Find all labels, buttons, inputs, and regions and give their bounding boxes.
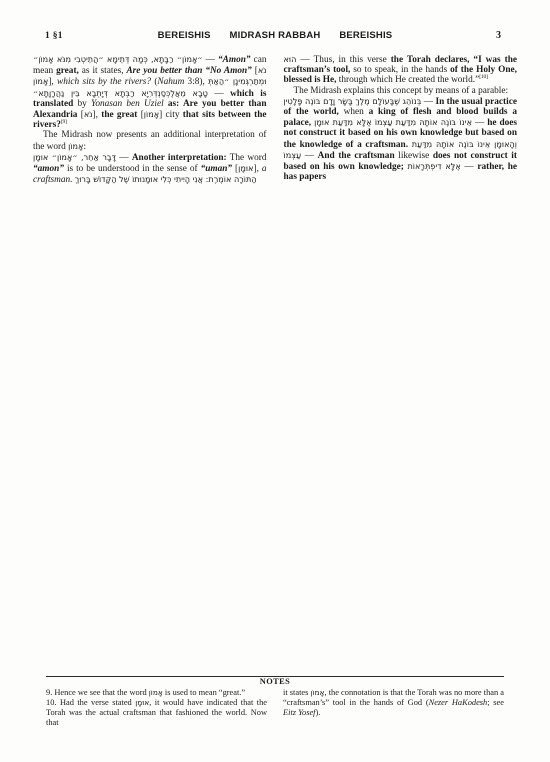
text-segment: 3:8), (184, 77, 208, 87)
paragraph: דָּבָר אַחֵר, ״אָמוֹן״ אוּמָן — Another … (33, 152, 267, 186)
text-segment: — (301, 151, 318, 161)
paragraph: ״אָמוֹן״ רַבָּתָא, כְּמָה דְּתֵימָא ״הֲת… (33, 54, 267, 130)
text-segment: Are you better than “No Amon” (126, 66, 251, 76)
running-title-part-1: BEREISHIS (158, 30, 211, 41)
page-number: 3 (496, 30, 501, 41)
text-segment: Nahum (157, 77, 184, 87)
text-segment: 9. Hence we see that the word (46, 688, 149, 697)
text-segment: Eitz Yosef (283, 708, 316, 717)
text-segment: The word (227, 153, 267, 163)
running-title-part-2: MIDRASH RABBAH (230, 30, 321, 41)
text-segment: ). (316, 708, 321, 717)
hebrew-text: דָּבָר אַחֵר, ״אָמוֹן״ אוּמָן (33, 152, 116, 162)
notes-right-column: it states אָמוֹן, the connotation is tha… (283, 688, 504, 728)
text-segment: as it states, (79, 66, 127, 76)
text-segment: is used to mean “great.” (163, 688, 245, 697)
notes-heading: NOTES (33, 677, 517, 687)
text-segment: it states (283, 688, 311, 697)
text-segment: ] city (159, 110, 183, 120)
text-segment: “Amon” (218, 55, 251, 65)
text-segment: — (461, 162, 478, 172)
paragraph: The Midrash explains this concept by mea… (284, 86, 518, 96)
running-title: BEREISHIS MIDRASH RABBAH BEREISHIS (33, 30, 517, 41)
text-segment: — (116, 153, 132, 163)
text-segment: “uman” (201, 164, 233, 174)
hebrew-text: הוּא (284, 54, 297, 64)
right-column: הוּא — Thus, in this verse the Torah dec… (284, 54, 518, 185)
text-segment: ], (253, 164, 261, 174)
footnote-reference: [10] (479, 74, 488, 80)
notes-section: NOTES 9. Hence we see that the word אָמו… (33, 676, 517, 728)
hebrew-text: בְּנוֹהֵג שֶׁבָּעוֹלָם מֶלֶךְ בָּשָׂר וָ… (284, 96, 422, 106)
page-header: 1 §1 BEREISHIS MIDRASH RABBAH BEREISHIS … (33, 30, 517, 44)
text-segment: ; see (487, 698, 504, 707)
running-title-part-3: BEREISHIS (339, 30, 392, 41)
text-segment: through which He created the world.” (336, 75, 479, 85)
text-segment: likewise (395, 151, 433, 161)
text-segment: Nezer HaKodesh (429, 698, 488, 707)
text-segment: the great (101, 110, 137, 120)
text-segment: ], (92, 110, 101, 120)
paragraph: it states אָמוֹן, the connotation is tha… (283, 688, 504, 718)
main-text: ״אָמוֹן״ רַבָּתָא, כְּמָה דְּתֵימָא ״הֲת… (33, 54, 517, 185)
paragraph: The Midrash now presents an additional i… (33, 130, 267, 151)
hebrew-text: אָמוֹן (144, 109, 159, 119)
text-segment: when (339, 107, 369, 117)
notes-left-column: 9. Hence we see that the word אָמוֹן is … (46, 688, 267, 728)
book-page: 1 §1 BEREISHIS MIDRASH RABBAH BEREISHIS … (0, 0, 550, 762)
hebrew-text: הַתּוֹרָה אוֹמֶרֶת: אֲנִי הָיִיתִי כְּלִ… (75, 174, 257, 184)
text-segment: great, (56, 66, 79, 76)
hebrew-text: אָמוֹן (311, 688, 325, 697)
text-segment: Another interpretation: (132, 153, 227, 163)
hebrew-text: אָמוֹן (68, 141, 83, 151)
text-segment: — (208, 89, 230, 99)
text-segment: so to speak, in the hands (350, 65, 450, 75)
text-segment: — (421, 97, 435, 107)
hebrew-text: אוּמָן (135, 698, 149, 707)
text-segment: “amon” (33, 164, 64, 174)
text-segment: ], (48, 77, 57, 87)
paragraph: 10. Had the verse stated אוּמָן, it woul… (46, 698, 267, 728)
text-segment: : (83, 142, 86, 152)
text-segment: — (203, 55, 218, 65)
text-segment: — Thus, in this verse (296, 55, 390, 65)
footnote-reference: [9] (61, 119, 67, 125)
text-segment: And the craftsman (318, 151, 395, 161)
paragraph: 9. Hence we see that the word אָמוֹן is … (46, 688, 267, 698)
paragraph: בְּנוֹהֵג שֶׁבָּעוֹלָם מֶלֶךְ בָּשָׂר וָ… (284, 96, 518, 183)
text-segment: — (472, 118, 487, 128)
text-segment: which sits by the rivers? (57, 77, 154, 87)
left-column: ״אָמוֹן״ רַבָּתָא, כְּמָה דְּתֵימָא ״הֲת… (33, 54, 267, 185)
hebrew-text: ״אָמוֹן״ רַבָּתָא, כְּמָה דְּתֵימָא ״הֲת… (33, 54, 203, 64)
notes-columns: 9. Hence we see that the word אָמוֹן is … (33, 688, 517, 728)
text-segment: 10. Had the verse stated (46, 698, 135, 707)
text-segment: by (73, 99, 91, 109)
hebrew-text: אוּמָן (238, 163, 253, 173)
text-segment: Yonasan ben Uziel (91, 99, 164, 109)
text-segment: is to be understood in the sense of (64, 164, 201, 174)
paragraph: הוּא — Thus, in this verse the Torah dec… (284, 54, 518, 86)
hebrew-text: אֶלָּא דִיפְתְּרָאוֹת (407, 161, 460, 171)
text-segment: The Midrash explains this concept by mea… (294, 86, 509, 96)
hebrew-text: אֵינוֹ בּוֹנֶה אוֹתָהּ מִדַּעַת עַצְמוֹ … (314, 117, 472, 127)
hebrew-text: אָמוֹן (149, 688, 163, 697)
